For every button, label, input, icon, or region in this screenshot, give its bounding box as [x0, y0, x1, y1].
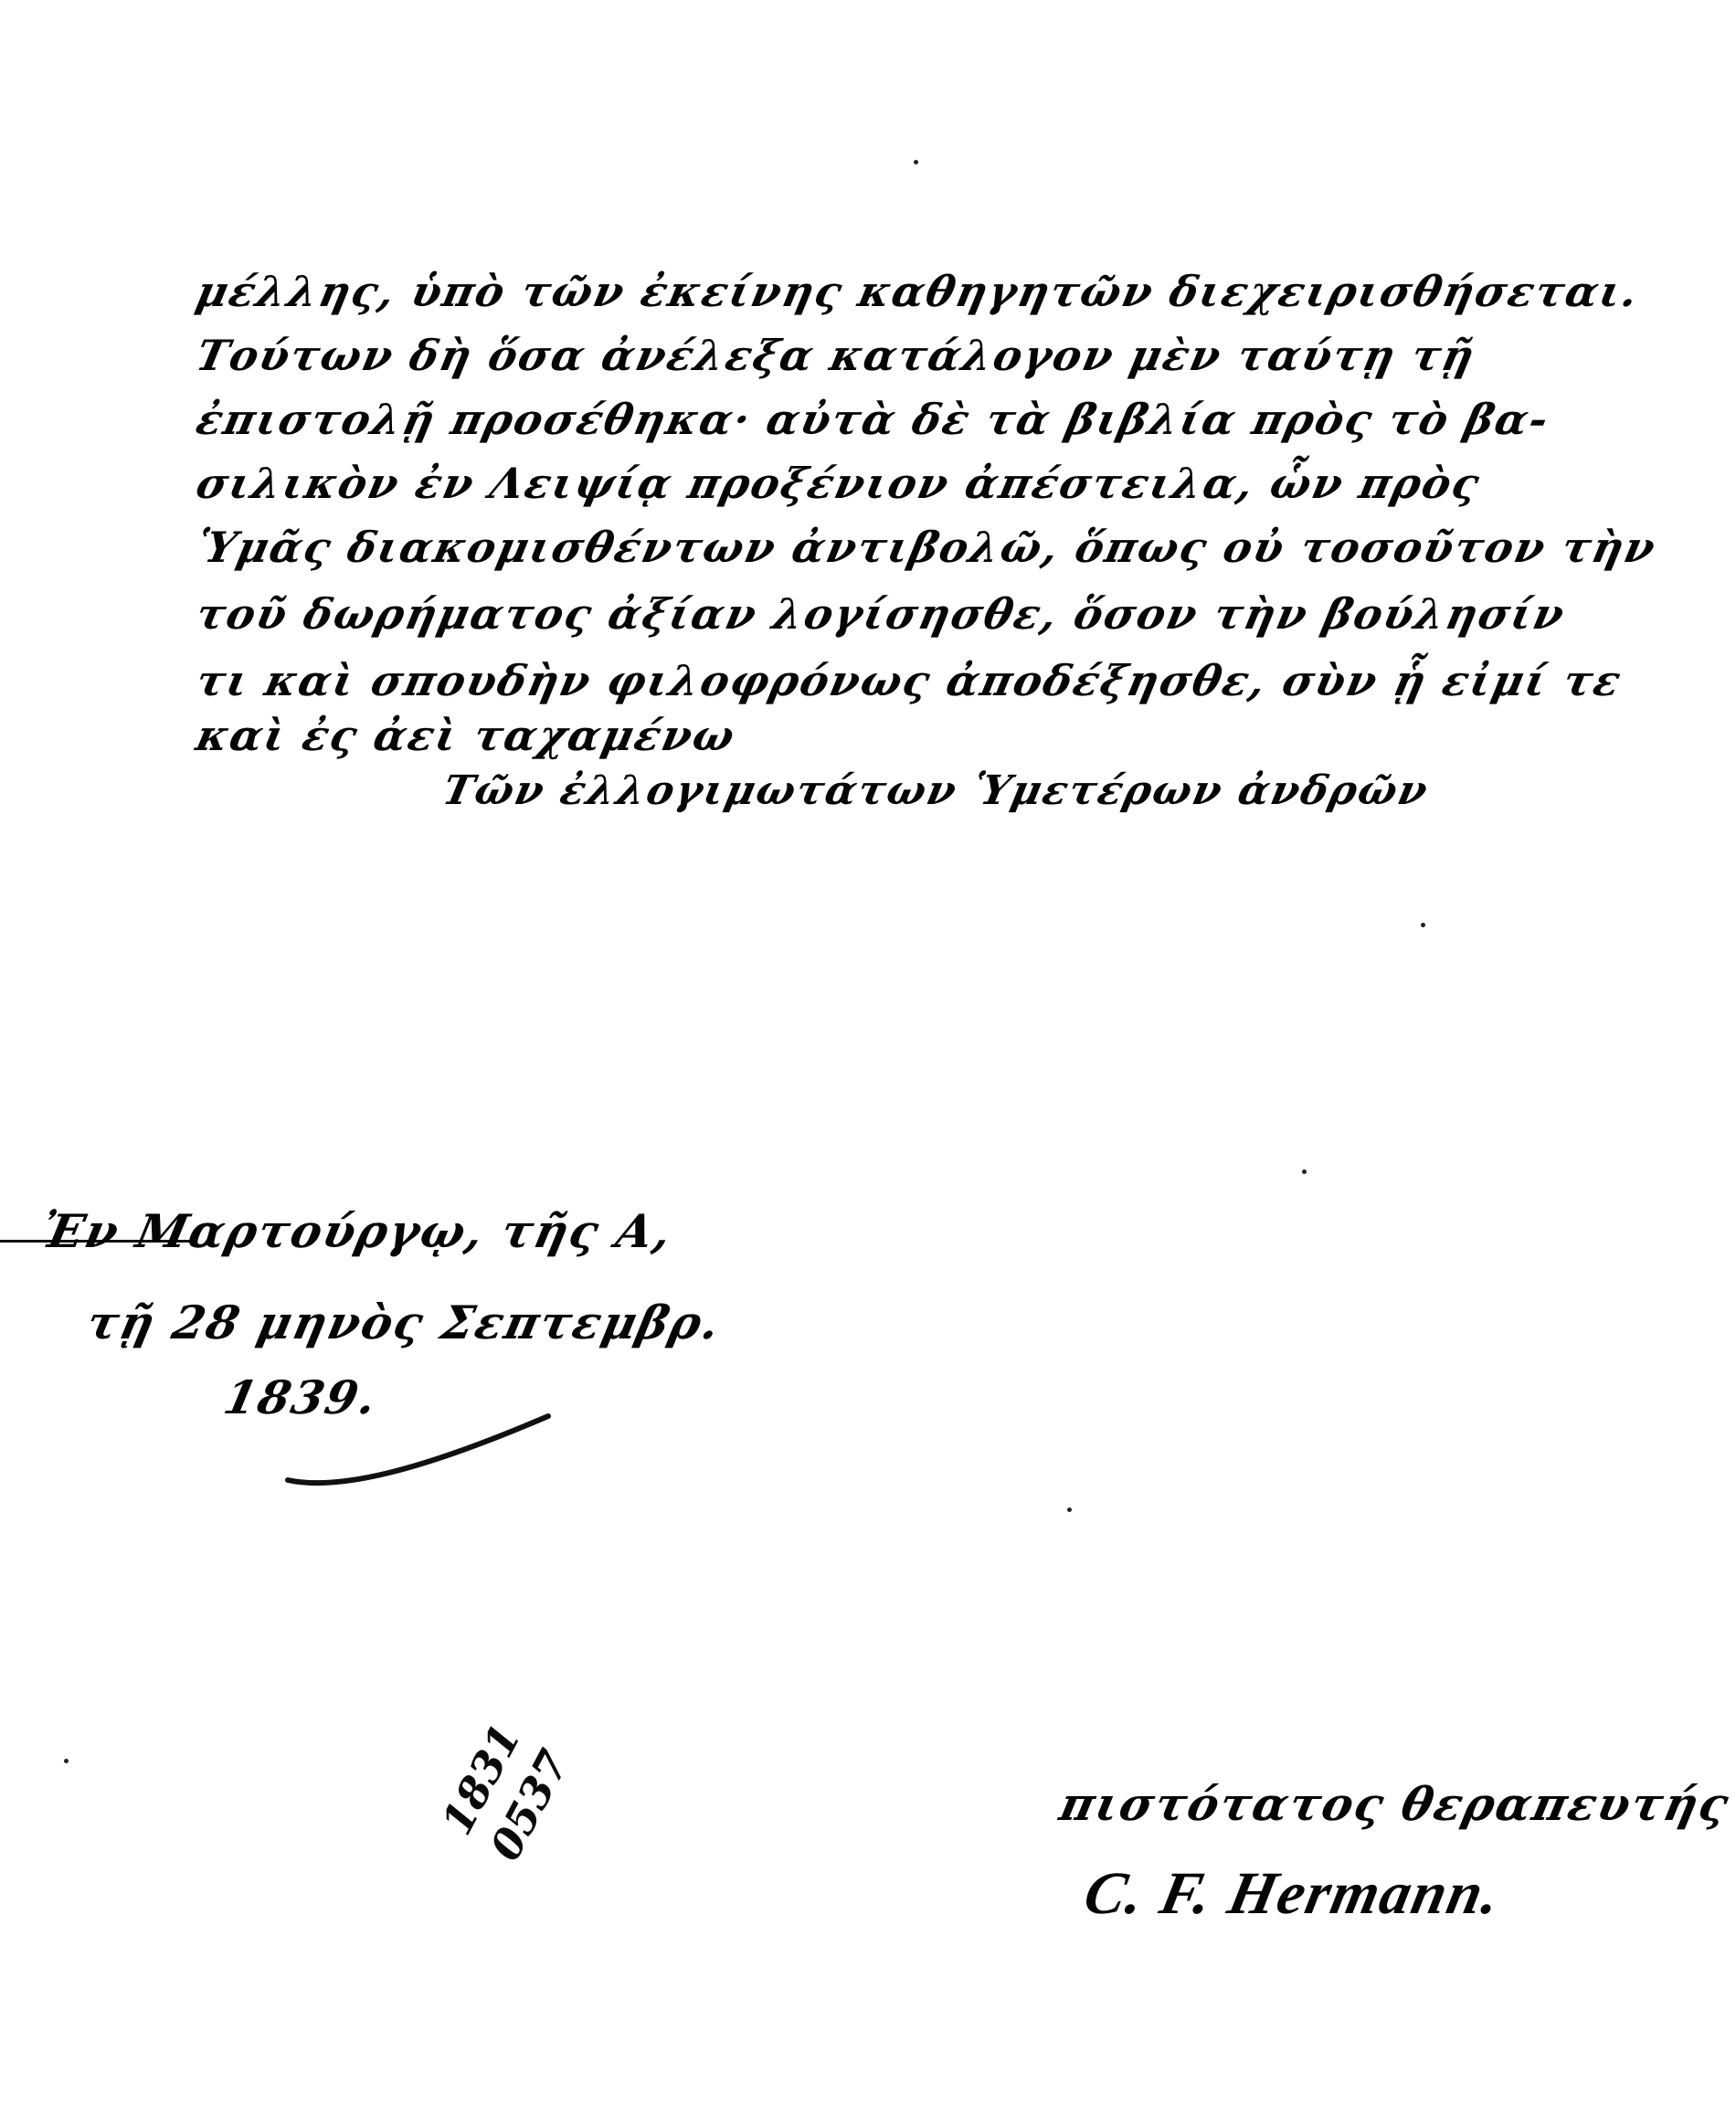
archive-marks: 1831 0537 [429, 1715, 581, 1869]
letter-line-2: Τούτων δὴ ὅσα ἀνέλεξα κατάλογον μὲν ταύτ… [192, 331, 1480, 380]
letter-line-5: Ὑμᾶς διακομισθέντων ἀντιβολῶ, ὅπως οὐ το… [192, 523, 1661, 572]
scan-speck [1067, 1507, 1072, 1512]
signature-valediction: πιστότατος θεραπευτής [1055, 1777, 1735, 1831]
letter-line-4: σιλικὸν ἐν Λειψίᾳ προξένιον ἀπέστειλα, ὧ… [192, 459, 1485, 508]
flourish-stroke [283, 1407, 557, 1489]
scan-speck [1421, 923, 1425, 927]
letter-line-8: καὶ ἐς ἀεὶ ταχαμένω [192, 711, 741, 760]
scan-speck [1302, 1169, 1307, 1174]
letter-line-3: ἐπιστολῇ προσέθηκα· αὐτὰ δὲ τὰ βιβλία πρ… [192, 395, 1554, 444]
signature-name: C. F. Hermann. [1078, 1859, 1508, 1929]
scan-speck [914, 160, 918, 164]
letter-line-1: μέλλης, ὑπὸ τῶν ἐκείνης καθηγητῶν διεχει… [192, 267, 1644, 316]
dateline-place: Ἐν Μαρτούργῳ, τῆς Α, [37, 1204, 678, 1258]
letter-line-7: τι καὶ σπουδὴν φιλοφρόνως ἀποδέξησθε, σὺ… [192, 656, 1627, 705]
document-page: μέλλης, ὑπὸ τῶν ἐκείνης καθηγητῶν διεχει… [0, 0, 1736, 2105]
letter-line-6: τοῦ δωρήματος ἀξίαν λογίσησθε, ὅσον τὴν … [192, 589, 1571, 639]
scan-speck [64, 1759, 69, 1763]
dateline-date: τῇ 28 μηνὸς Σεπτεμβρ. [82, 1296, 726, 1349]
letter-closing: Τῶν ἐλλογιμωτάτων Ὑμετέρων ἀνδρῶν [439, 767, 1434, 814]
